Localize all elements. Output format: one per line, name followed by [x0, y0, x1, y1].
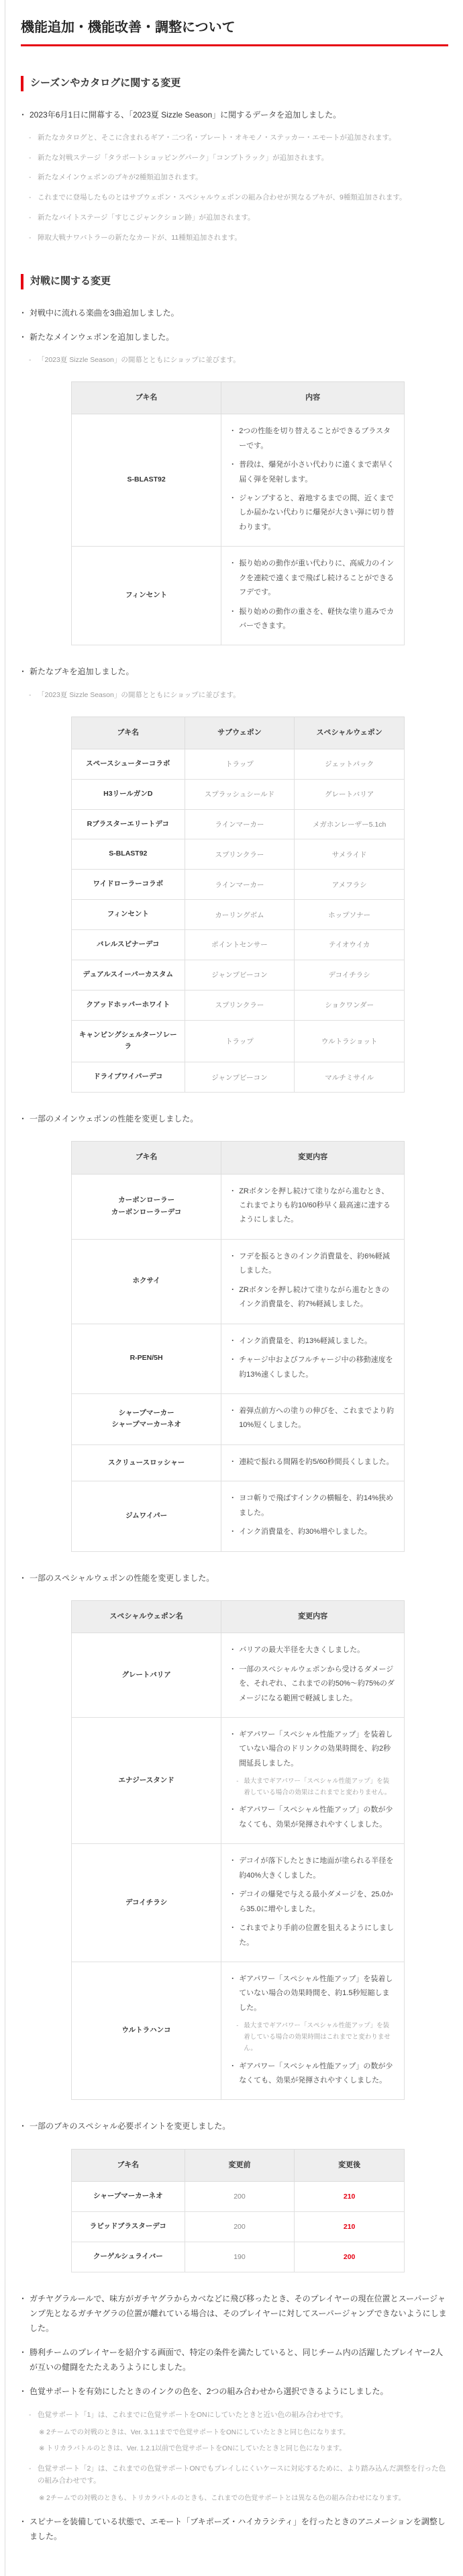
weapon-name-line: キャンピングシェルターソレーラ	[79, 1031, 177, 1051]
value-cell: ポイントセンサー	[185, 929, 295, 960]
column-header: ブキ名	[72, 1142, 221, 1174]
weapon-name-line: ジムワイパー	[125, 1512, 167, 1520]
value-cell: スプリンクラー	[185, 839, 295, 870]
table-row: フィンセントカーリングボムホップソナー	[72, 900, 405, 930]
detail-bullet: 振り始めの動作の重さを、軽快な塗り進みでカバーできます。	[231, 605, 395, 634]
table-row: ジムワイパーヨコ斬りで飛ばすインクの横幅を、約14%狭めました。インク消費量を、…	[72, 1481, 405, 1551]
table-header-row: ブキ名内容	[72, 381, 405, 414]
table-header-row: ブキ名サブウェポンスペシャルウェポン	[72, 717, 405, 749]
detail-bullet: デコイの爆発で与える最小ダメージを、25.0から35.0に増やしました。	[231, 1888, 395, 1917]
bullet-item: 勝利チームのプレイヤーを紹介する画面で、特定の条件を満たしていると、同じチーム内…	[21, 2345, 448, 2375]
table-body: グレートバリアバリアの最大半径を大きくしました。一部のスペシャルウェポンから受け…	[72, 1633, 405, 2100]
weapon-name-line: フィンセント	[107, 910, 149, 918]
value-cell: ジャンプビーコン	[185, 1062, 295, 1093]
weapon-name-line: カーボンローラー	[118, 1196, 174, 1204]
weapon-name-line: H3リールガンD	[103, 790, 152, 798]
detail-bullet: ギアパワー「スペシャル性能アップ」を装着していない場合のドリンクの効果時間を、約…	[231, 1728, 395, 1771]
weapon-name-line: クアッドホッパーホワイト	[86, 1001, 170, 1009]
weapon-name-cell: フィンセント	[72, 900, 185, 930]
detail-bullet: フデを振るときのインク消費量を、約6%軽減しました。	[231, 1250, 395, 1279]
weapon-name-cell: グレートバリア	[72, 1633, 221, 1718]
detail-bullet: バリアの最大半径を大きくしました。	[231, 1643, 395, 1657]
detail-note: 最大までギアパワー「スペシャル性能アップ」を装着している場合の効果時間はこれまで…	[231, 2020, 395, 2054]
detail-bullet: 振り始めの動作が重い代わりに、高威力のインクを連続で遠くまで飛ばし続けることがで…	[231, 557, 395, 600]
weapon-name-line: Rブラスターエリートデコ	[87, 820, 169, 828]
weapon-name-cell: Rブラスターエリートデコ	[72, 809, 185, 839]
value-cell: 200	[185, 2211, 295, 2242]
detail-bullet: チャージ中およびフルチャージ中の移動速度を約13%速くしました。	[231, 1353, 395, 1382]
sub-bullet-item: 陣取大戦ナワバトラーの新たなカードが、11種類追加されます。	[21, 232, 448, 244]
detail-note: 最大までギアパワー「スペシャル性能アップ」を装着している場合の効果はこれまでと変…	[231, 1776, 395, 1798]
sub-bullet-item: 色覚サポート「1」は、これまでに色覚サポートをONにしていたときと近い色の組み合…	[21, 2409, 448, 2422]
table-row: スクリュースロッシャー連続で振れる間隔を約5/60秒間長くしました。	[72, 1444, 405, 1481]
table-head: ブキ名内容	[72, 381, 405, 414]
weapon-name-cell: シャープマーカーネオ	[72, 2181, 185, 2211]
sub-bullet-item: 新たなカタログと、そこに含まれるギア・二つ名・プレート・オキモノ・ステッカー・エ…	[21, 132, 448, 144]
weapon-name-cell: H3リールガンD	[72, 779, 185, 809]
weapon-name-cell: ジムワイパー	[72, 1481, 221, 1551]
change-detail-cell: インク消費量を、約13%軽減しました。チャージ中およびフルチャージ中の移動速度を…	[221, 1324, 405, 1393]
detail-bullet: 一部のスペシャルウェポンから受けるダメージを、それぞれ、これまでの約50%～約7…	[231, 1663, 395, 1706]
change-detail-cell: 振り始めの動作が重い代わりに、高威力のインクを連続で遠くまで飛ばし続けることがで…	[221, 547, 405, 645]
table-row: エナジースタンドギアパワー「スペシャル性能アップ」を装着していない場合のドリンク…	[72, 1717, 405, 1843]
weapon-name-line: カーボンローラーデコ	[111, 1208, 182, 1216]
weapon-name-cell: S-BLAST92	[72, 414, 221, 547]
weapon-name-cell: シャープマーカーシャープマーカーネオ	[72, 1393, 221, 1444]
table-row: S-BLAST922つの性能を切り替えることができるブラスターです。普段は、爆発…	[72, 414, 405, 547]
sub-bullet-item: 「2023夏 Sizzle Season」の開幕とともにショップに並びます。	[21, 689, 448, 702]
detail-bullet: 普段は、爆発が小さい代わりに遠くまで素早く届く弾を発射します。	[231, 458, 395, 487]
weapon-name-line: クーゲルシュライバー	[93, 2252, 163, 2260]
column-header: スペシャルウェポン	[295, 717, 405, 749]
changed-value-cell: 210	[295, 2211, 405, 2242]
bullet-item: スピナーを装備している状態で、エモート「ブキポーズ・ハイカラシティ」を行ったとき…	[21, 2514, 448, 2544]
detail-bullet: インク消費量を、約30%増やしました。	[231, 1525, 395, 1539]
column-header: 変更前	[185, 2149, 295, 2181]
sub-bullet-item: 色覚サポート「2」は、これまでの色覚サポートONでもプレイしにくいケースに対応す…	[21, 2463, 448, 2488]
detail-bullet: 着弾点前方への塗りの伸びを、これまでより約10%短くしました。	[231, 1404, 395, 1433]
bullet-item: 新たなブキを追加しました。	[21, 664, 448, 679]
table-body: スペースシューターコラボトラップジェットパックH3リールガンDスプラッシュシール…	[72, 749, 405, 1092]
weapon-name-line: R-PEN/5H	[130, 1354, 163, 1362]
section: シーズンやカタログに関する変更2023年6月1日に開幕する、「2023夏 Siz…	[21, 76, 448, 244]
table-row: デコイチラシデコイが落下したときに地面が塗られる半径を約40%大きくしました。デ…	[72, 1844, 405, 1962]
sub-bullet-item: 「2023夏 Sizzle Season」の開幕とともにショップに並びます。	[21, 354, 448, 367]
special-weapon-changes-table: スペシャルウェポン名変更内容グレートバリアバリアの最大半径を大きくしました。一部…	[71, 1600, 448, 2101]
value-cell: ショクワンダー	[295, 990, 405, 1020]
sub-bullet-item: 新たな対戦ステージ「タラポートショッピングパーク」「コンブトラック」が追加されま…	[21, 152, 448, 165]
column-header: 変更内容	[221, 1600, 405, 1632]
weapon-name-line: シャープマーカーネオ	[93, 2192, 163, 2200]
detail-bullet: デコイが落下したときに地面が塗られる半径を約40%大きくしました。	[231, 1854, 395, 1883]
weapon-name-line: エナジースタンド	[118, 1776, 174, 1784]
change-detail-cell: 2つの性能を切り替えることができるブラスターです。普段は、爆発が小さい代わりに遠…	[221, 414, 405, 547]
section: 対戦に関する変更対戦中に流れる楽曲を3曲追加しました。新たなメインウェポンを追加…	[21, 274, 448, 2544]
table-body: シャープマーカーネオ200210ラピッドブラスターデコ200210クーゲルシュラ…	[72, 2181, 405, 2272]
weapon-name-cell: スクリュースロッシャー	[72, 1444, 221, 1481]
change-detail-cell: フデを振るときのインク消費量を、約6%軽減しました。ZRボタンを押し続けて塗りな…	[221, 1239, 405, 1324]
table-row: デュアルスイーパーカスタムジャンプビーコンデコイチラシ	[72, 960, 405, 990]
bullet-item: 2023年6月1日に開幕する、「2023夏 Sizzle Season」に関する…	[21, 107, 448, 122]
weapon-name-line: S-BLAST92	[127, 475, 166, 484]
value-cell: サメライド	[295, 839, 405, 870]
detail-bullet: 連続で振れる間隔を約5/60秒間長くしました。	[231, 1455, 395, 1469]
table-row: ドライブワイパーデコジャンプビーコンマルチミサイル	[72, 1062, 405, 1093]
bullet-item: 色覚サポートを有効にしたときのインクの色を、2つの組み合わせから選択できるように…	[21, 2384, 448, 2399]
weapon-name-line: スクリュースロッシャー	[108, 1459, 185, 1467]
value-cell: ホップソナー	[295, 900, 405, 930]
table-row: スペースシューターコラボトラップジェットパック	[72, 749, 405, 779]
weapon-name-cell: クーゲルシュライバー	[72, 2242, 185, 2272]
sub-bullet-item: 新たなバイトステージ「すじこジャンクション跡」が追加されます。	[21, 212, 448, 224]
detail-bullet: ZRボタンを押し続けて塗りながら進むときのインク消費量を、約7%軽減しました。	[231, 1283, 395, 1312]
column-header: スペシャルウェポン名	[72, 1600, 221, 1632]
column-header: 変更内容	[221, 1142, 405, 1174]
value-cell: メガホンレーザー5.1ch	[295, 809, 405, 839]
weapon-name-line: バレルスピナーデコ	[97, 940, 160, 948]
change-detail-cell: ZRボタンを押し続けて塗りながら進むとき、これまでよりも約10/60秒早く最高速…	[221, 1174, 405, 1239]
table-row: ホクサイフデを振るときのインク消費量を、約6%軽減しました。ZRボタンを押し続け…	[72, 1239, 405, 1324]
new-main-weapons-table: ブキ名内容S-BLAST922つの性能を切り替えることができるブラスターです。普…	[71, 381, 448, 646]
column-header: ブキ名	[72, 717, 185, 749]
weapon-name-line: ワイドローラーコラボ	[93, 880, 163, 888]
weapon-name-cell: スペースシューターコラボ	[72, 749, 185, 779]
detail-bullet: 2つの性能を切り替えることができるブラスターです。	[231, 424, 395, 453]
column-header: サブウェポン	[185, 717, 295, 749]
weapon-name-line: シャープマーカー	[119, 1409, 174, 1417]
table-header-row: スペシャルウェポン名変更内容	[72, 1600, 405, 1632]
table-row: ワイドローラーコラボラインマーカーアメフラシ	[72, 870, 405, 900]
change-detail-cell: デコイが落下したときに地面が塗られる半径を約40%大きくしました。デコイの爆発で…	[221, 1844, 405, 1962]
new-weapon-kits-table: ブキ名サブウェポンスペシャルウェポンスペースシューターコラボトラップジェットパッ…	[71, 717, 448, 1093]
detail-bullet: ギアパワー「スペシャル性能アップ」の数が少なくても、効果が発揮されやすくしました…	[231, 2060, 395, 2088]
weapon-name-cell: バレルスピナーデコ	[72, 929, 185, 960]
value-cell: スプラッシュシールド	[185, 779, 295, 809]
weapon-name-cell: ホクサイ	[72, 1239, 221, 1324]
bullet-item: 対戦中に流れる楽曲を3曲追加しました。	[21, 306, 448, 320]
change-detail-cell: ギアパワー「スペシャル性能アップ」を装着していない場合の効果時間を、約1.5秒短…	[221, 1962, 405, 2099]
weapon-name-cell: クアッドホッパーホワイト	[72, 990, 185, 1020]
weapon-name-line: スペースシューターコラボ	[86, 760, 170, 768]
value-cell: カーリングボム	[185, 900, 295, 930]
bullet-item: ガチヤグラルールで、味方がガチヤグラからカベなどに飛び移ったとき、そのプレイヤー…	[21, 2291, 448, 2336]
sub-bullet-item: 新たなメインウェポンのブキが2種類追加されます。	[21, 171, 448, 184]
table-head: ブキ名変更前変更後	[72, 2149, 405, 2181]
table-row: R-PEN/5Hインク消費量を、約13%軽減しました。チャージ中およびフルチャー…	[72, 1324, 405, 1393]
table-row: S-BLAST92スプリンクラーサメライド	[72, 839, 405, 870]
table-row: バレルスピナーデコポイントセンサーテイオウイカ	[72, 929, 405, 960]
bullet-item: 一部のスペシャルウェポンの性能を変更しました。	[21, 1571, 448, 1585]
value-cell: ジャンプビーコン	[185, 960, 295, 990]
value-cell: トラップ	[185, 1020, 295, 1062]
value-cell: ジェットパック	[295, 749, 405, 779]
change-detail-cell: ギアパワー「スペシャル性能アップ」を装着していない場合のドリンクの効果時間を、約…	[221, 1717, 405, 1843]
table-body: S-BLAST922つの性能を切り替えることができるブラスターです。普段は、爆発…	[72, 414, 405, 645]
table-row: フィンセント振り始めの動作が重い代わりに、高威力のインクを連続で遠くまで飛ばし続…	[72, 547, 405, 645]
value-cell: 200	[185, 2181, 295, 2211]
weapon-name-cell: S-BLAST92	[72, 839, 185, 870]
weapon-name-cell: ワイドローラーコラボ	[72, 870, 185, 900]
weapon-name-cell: カーボンローラーカーボンローラーデコ	[72, 1174, 221, 1239]
change-detail-cell: 着弾点前方への塗りの伸びを、これまでより約10%短くしました。	[221, 1393, 405, 1444]
table-row: ウルトラハンコギアパワー「スペシャル性能アップ」を装着していない場合の効果時間を…	[72, 1962, 405, 2099]
value-cell: 190	[185, 2242, 295, 2272]
weapon-name-line: フィンセント	[125, 591, 167, 599]
table-row: カーボンローラーカーボンローラーデコZRボタンを押し続けて塗りながら進むとき、こ…	[72, 1174, 405, 1239]
value-cell: グレートバリア	[295, 779, 405, 809]
table-row: H3リールガンDスプラッシュシールドグレートバリア	[72, 779, 405, 809]
weapon-name-line: S-BLAST92	[109, 849, 147, 858]
value-cell: マルチミサイル	[295, 1062, 405, 1093]
note-item: ※ 2チームでの対戦のときも、トリカラバトルのときも、これまでの色覚サポートとは…	[21, 2493, 448, 2505]
changed-value-cell: 200	[295, 2242, 405, 2272]
change-detail-cell: 連続で振れる間隔を約5/60秒間長くしました。	[221, 1444, 405, 1481]
change-detail-cell: ヨコ斬りで飛ばすインクの横幅を、約14%狭めました。インク消費量を、約30%増や…	[221, 1481, 405, 1551]
weapon-name-line: ドライブワイパーデコ	[93, 1072, 162, 1080]
table-head: ブキ名サブウェポンスペシャルウェポン	[72, 717, 405, 749]
weapon-name-cell: フィンセント	[72, 547, 221, 645]
table-header-row: ブキ名変更前変更後	[72, 2149, 405, 2181]
main-weapon-changes-table: ブキ名変更内容カーボンローラーカーボンローラーデコZRボタンを押し続けて塗りなが…	[71, 1141, 405, 1551]
weapon-name-cell: デコイチラシ	[72, 1844, 221, 1962]
weapon-name-line: ラピッドブラスターデコ	[90, 2222, 166, 2230]
changed-value-cell: 210	[295, 2181, 405, 2211]
sections-container: シーズンやカタログに関する変更2023年6月1日に開幕する、「2023夏 Siz…	[21, 76, 448, 2544]
column-header: 変更後	[295, 2149, 405, 2181]
value-cell: ラインマーカー	[185, 870, 295, 900]
column-header: ブキ名	[72, 2149, 185, 2181]
sub-bullet-item: これまでに登場したものとはサブウェポン・スペシャルウェポンの組み合わせが異なるブ…	[21, 191, 448, 204]
weapon-name-cell: ドライブワイパーデコ	[72, 1062, 185, 1093]
detail-bullet: ギアパワー「スペシャル性能アップ」の数が少なくても、効果が発揮されやすくしました…	[231, 1803, 395, 1832]
table-row: グレートバリアバリアの最大半径を大きくしました。一部のスペシャルウェポンから受け…	[72, 1633, 405, 1718]
special-weapon-changes-table: スペシャルウェポン名変更内容グレートバリアバリアの最大半径を大きくしました。一部…	[71, 1600, 405, 2101]
section-heading: シーズンやカタログに関する変更	[21, 76, 448, 91]
table-body: カーボンローラーカーボンローラーデコZRボタンを押し続けて塗りながら進むとき、こ…	[72, 1174, 405, 1551]
value-cell: アメフラシ	[295, 870, 405, 900]
table-row: Rブラスターエリートデコラインマーカーメガホンレーザー5.1ch	[72, 809, 405, 839]
bullet-item: 一部のメインウェポンの性能を変更しました。	[21, 1111, 448, 1126]
weapon-name-line: グレートバリア	[121, 1671, 170, 1679]
table-row: ラピッドブラスターデコ200210	[72, 2211, 405, 2242]
value-cell: テイオウイカ	[295, 929, 405, 960]
special-points-table: ブキ名変更前変更後シャープマーカーネオ200210ラピッドブラスターデコ2002…	[71, 2149, 448, 2272]
weapon-name-cell: デュアルスイーパーカスタム	[72, 960, 185, 990]
weapon-name-line: ウルトラハンコ	[122, 2026, 171, 2034]
new-weapon-kits-table: ブキ名サブウェポンスペシャルウェポンスペースシューターコラボトラップジェットパッ…	[71, 717, 405, 1093]
weapon-name-cell: ラピッドブラスターデコ	[72, 2211, 185, 2242]
section-heading: 対戦に関する変更	[21, 274, 448, 289]
detail-bullet: これまでより手前の位置を狙えるようにしました。	[231, 1921, 395, 1950]
weapon-name-cell: ウルトラハンコ	[72, 1962, 221, 2099]
table-head: スペシャルウェポン名変更内容	[72, 1600, 405, 1632]
detail-bullet: ギアパワー「スペシャル性能アップ」を装着していない場合の効果時間を、約1.5秒短…	[231, 1972, 395, 2015]
new-main-weapons-table: ブキ名内容S-BLAST922つの性能を切り替えることができるブラスターです。普…	[71, 381, 405, 646]
weapon-name-line: デュアルスイーパーカスタム	[83, 970, 174, 978]
detail-bullet: ヨコ斬りで飛ばすインクの横幅を、約14%狭めました。	[231, 1491, 395, 1520]
table-header-row: ブキ名変更内容	[72, 1142, 405, 1174]
bullet-item: 新たなメインウェポンを追加しました。	[21, 330, 448, 344]
table-head: ブキ名変更内容	[72, 1142, 405, 1174]
value-cell: ラインマーカー	[185, 809, 295, 839]
detail-bullet: ZRボタンを押し続けて塗りながら進むとき、これまでよりも約10/60秒早く最高速…	[231, 1185, 395, 1228]
weapon-name-line: シャープマーカーネオ	[111, 1420, 181, 1428]
weapon-name-cell: エナジースタンド	[72, 1717, 221, 1843]
value-cell: ウルトラショット	[295, 1020, 405, 1062]
weapon-name-line: デコイチラシ	[125, 1898, 167, 1906]
patch-notes-page: 機能追加・機能改善・調整について シーズンやカタログに関する変更2023年6月1…	[5, 0, 463, 2576]
column-header: ブキ名	[72, 381, 221, 414]
detail-bullet: ジャンプすると、着地するまでの間、近くまでしか届かない代わりに爆発が大きい弾に切…	[231, 492, 395, 535]
table-row: シャープマーカーネオ200210	[72, 2181, 405, 2211]
main-weapon-changes-table: ブキ名変更内容カーボンローラーカーボンローラーデコZRボタンを押し続けて塗りなが…	[71, 1141, 448, 1551]
note-item: ※ トリカラバトルのときは、Ver. 1.2.1以前で色覚サポートをONにしてい…	[21, 2443, 448, 2455]
table-row: キャンピングシェルターソレーラトラップウルトラショット	[72, 1020, 405, 1062]
special-points-table: ブキ名変更前変更後シャープマーカーネオ200210ラピッドブラスターデコ2002…	[71, 2149, 405, 2272]
value-cell: スプリンクラー	[185, 990, 295, 1020]
weapon-name-line: ホクサイ	[132, 1277, 160, 1285]
table-row: クアッドホッパーホワイトスプリンクラーショクワンダー	[72, 990, 405, 1020]
table-row: クーゲルシュライバー190200	[72, 2242, 405, 2272]
bullet-item: 一部のブキのスペシャル必要ポイントを変更しました。	[21, 2119, 448, 2133]
table-row: シャープマーカーシャープマーカーネオ着弾点前方への塗りの伸びを、これまでより約1…	[72, 1393, 405, 1444]
value-cell: トラップ	[185, 749, 295, 779]
column-header: 内容	[221, 381, 405, 414]
weapon-name-cell: キャンピングシェルターソレーラ	[72, 1020, 185, 1062]
page-title: 機能追加・機能改善・調整について	[21, 19, 448, 46]
note-item: ※ 2チームでの対戦のときは、Ver. 3.1.1までで色覚サポートをONにして…	[21, 2427, 448, 2439]
weapon-name-cell: R-PEN/5H	[72, 1324, 221, 1393]
change-detail-cell: バリアの最大半径を大きくしました。一部のスペシャルウェポンから受けるダメージを、…	[221, 1633, 405, 1718]
detail-bullet: インク消費量を、約13%軽減しました。	[231, 1334, 395, 1348]
value-cell: デコイチラシ	[295, 960, 405, 990]
